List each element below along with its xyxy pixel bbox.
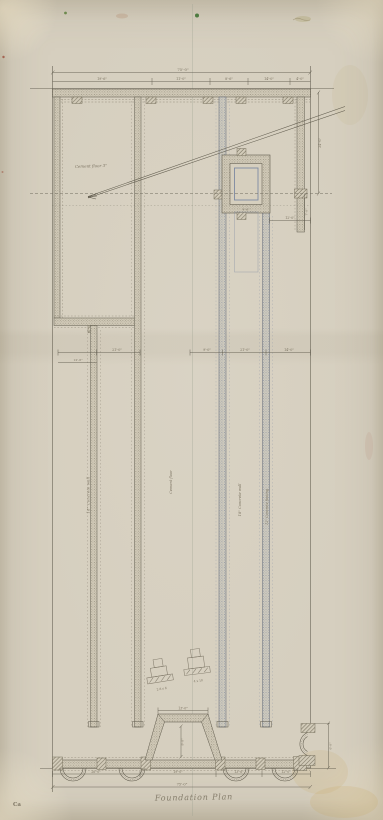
dim-label: 9'-0" <box>203 348 211 352</box>
footing-sketch-1: 2-8 x 6 <box>144 657 175 693</box>
dim-label: 14'-0" <box>264 77 274 81</box>
dim-label: 4'-6" <box>242 208 250 212</box>
green-speck <box>64 12 67 15</box>
stain <box>310 786 378 818</box>
dim-label: 6'-0" <box>329 742 333 750</box>
dim-label: 9'-0" <box>181 738 185 746</box>
bay-projection: 13'-0" 9'-0" <box>145 706 222 760</box>
sketch-note: 2-8 x 6 <box>156 686 167 692</box>
dim-label: 21'-0" <box>112 348 122 352</box>
room-partition-wall <box>54 318 140 326</box>
dim-label: 14'-0" <box>284 348 294 352</box>
wall-annotation: 12" Concrete footing <box>265 488 269 525</box>
wall-annotation: 18" Concrete wall <box>87 477 91 514</box>
wall-annotation: Cement floor <box>169 470 173 494</box>
dim-label: 12'-0" <box>285 216 295 220</box>
stain <box>365 432 373 460</box>
dim-label: 13'-0" <box>178 706 188 710</box>
dim-label: 8'-6" <box>225 77 233 81</box>
plan-boundary <box>30 66 336 792</box>
drawing-title: Foundation Plan <box>154 792 233 802</box>
diagonal-leader-line <box>88 107 345 200</box>
dim-label-bottom-overall: 75'-0" <box>177 783 188 787</box>
left-foundation-wall <box>54 97 140 333</box>
stain <box>295 16 311 22</box>
dim-label-top-overall: 75'-0" <box>177 67 189 72</box>
wall-end-caps <box>89 722 272 728</box>
dim-label: 21'-0" <box>240 348 250 352</box>
red-speck <box>2 56 4 58</box>
foundation-plan-drawing: 75'-0" 19'-6" 11'-0" 8'-6" 14'-0" 4'-0" <box>0 0 383 820</box>
stain <box>116 14 128 19</box>
dim-label: 26'-0" <box>91 770 101 774</box>
green-speck <box>195 14 199 18</box>
dim-label: 11'-0" <box>176 77 186 81</box>
dim-label: 19'-6" <box>97 77 107 81</box>
dashed-datum-lines <box>30 194 332 206</box>
sketch-note: 4 x 10 <box>193 678 203 683</box>
stain <box>332 65 368 125</box>
top-foundation-wall <box>53 89 311 104</box>
red-speck <box>2 171 4 173</box>
front-foundation-wall <box>53 757 311 782</box>
drawing-sheet: 75'-0" 19'-6" 11'-0" 8'-6" 14'-0" 4'-0" <box>0 0 383 820</box>
dim-label: 4'-0" <box>296 77 304 81</box>
wall-piers <box>72 97 293 104</box>
sheet-mark: Ca <box>13 802 21 808</box>
dim-label: 12'-6" <box>73 358 83 362</box>
dim-label-right-height: 34'-6" <box>318 138 322 149</box>
room-annotation: Cement floor 3" <box>75 163 107 169</box>
wall-annotation: 18" Concrete wall <box>238 484 242 517</box>
dim-label: 12'-0" <box>281 770 291 774</box>
footing-sketch-2: 4 x 10 <box>182 648 212 685</box>
dim-label: 7'-0" <box>305 208 309 216</box>
dim-label: 19'-0" <box>173 770 183 774</box>
dim-label: 13'-6" <box>234 770 244 774</box>
